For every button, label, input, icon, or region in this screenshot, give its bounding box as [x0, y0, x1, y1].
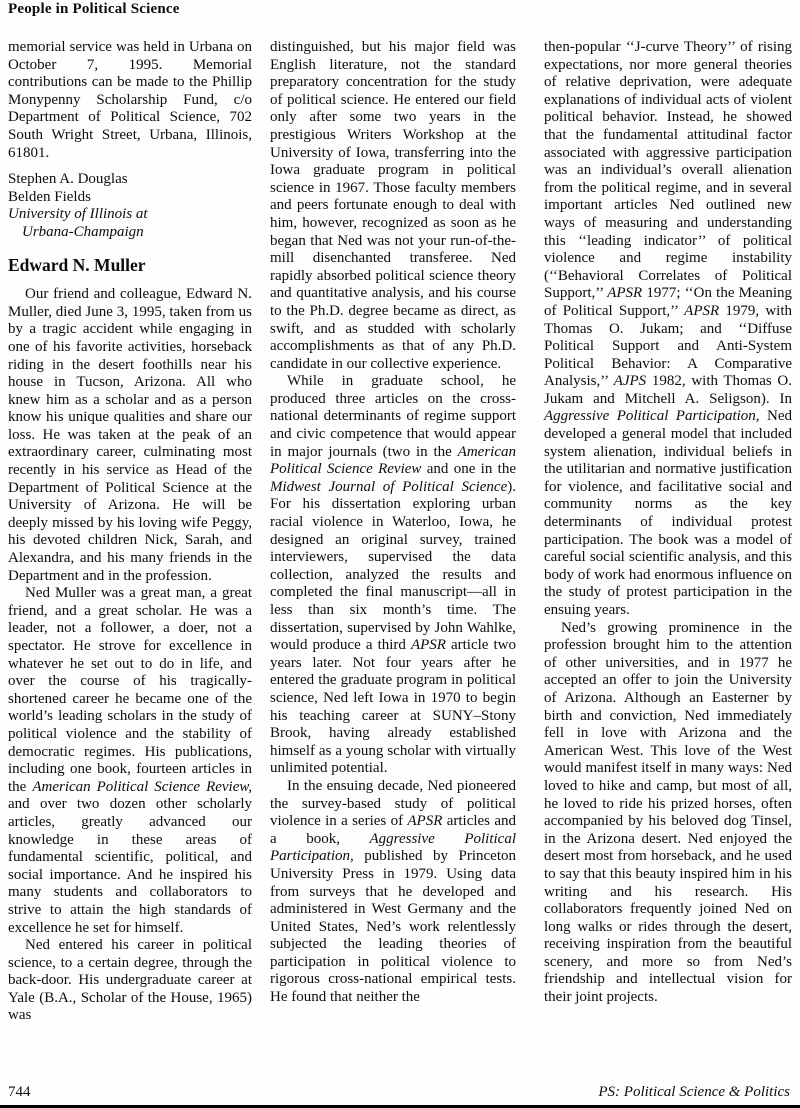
obituary-paragraph: Our friend and colleague, Edward N. Mull… [8, 286, 252, 585]
obituary-paragraph: While in graduate school, he produced th… [270, 373, 516, 778]
page-footer: 744 PS: Political Science & Politics [8, 1084, 790, 1101]
obituary-heading: Edward N. Muller [8, 257, 252, 275]
signature-affiliation: Urbana-Champaign [8, 224, 252, 242]
running-head: People in Political Science [8, 1, 180, 18]
signature-block: Stephen A. Douglas Belden Fields Univers… [8, 171, 252, 241]
three-column-text: memorial service was held in Urbana on O… [8, 39, 792, 1025]
signature-name: Belden Fields [8, 189, 252, 207]
column-2: distinguished, but his major field was E… [270, 39, 516, 1025]
journal-page: People in Political Science memorial ser… [0, 0, 800, 1108]
obituary-paragraph: In the ensuing decade, Ned pioneered the… [270, 778, 516, 1007]
page-number: 744 [8, 1084, 31, 1101]
obituary-paragraph-continuation: then-popular ‘‘J-curve Theory’’ of risin… [544, 39, 792, 620]
obituary-paragraph-continuation: distinguished, but his major field was E… [270, 39, 516, 373]
obituary-paragraph: Ned Muller was a great man, a great frie… [8, 585, 252, 937]
obituary-paragraph: Ned entered his career in political scie… [8, 937, 252, 1025]
memorial-continuation-paragraph: memorial service was held in Urbana on O… [8, 39, 252, 162]
signature-name: Stephen A. Douglas [8, 171, 252, 189]
column-1: memorial service was held in Urbana on O… [8, 39, 252, 1025]
signature-affiliation: University of Illinois at [8, 206, 252, 224]
obituary-paragraph: Ned’s growing prominence in the professi… [544, 620, 792, 1007]
journal-title: PS: Political Science & Politics [598, 1084, 790, 1101]
column-3: then-popular ‘‘J-curve Theory’’ of risin… [544, 39, 792, 1025]
